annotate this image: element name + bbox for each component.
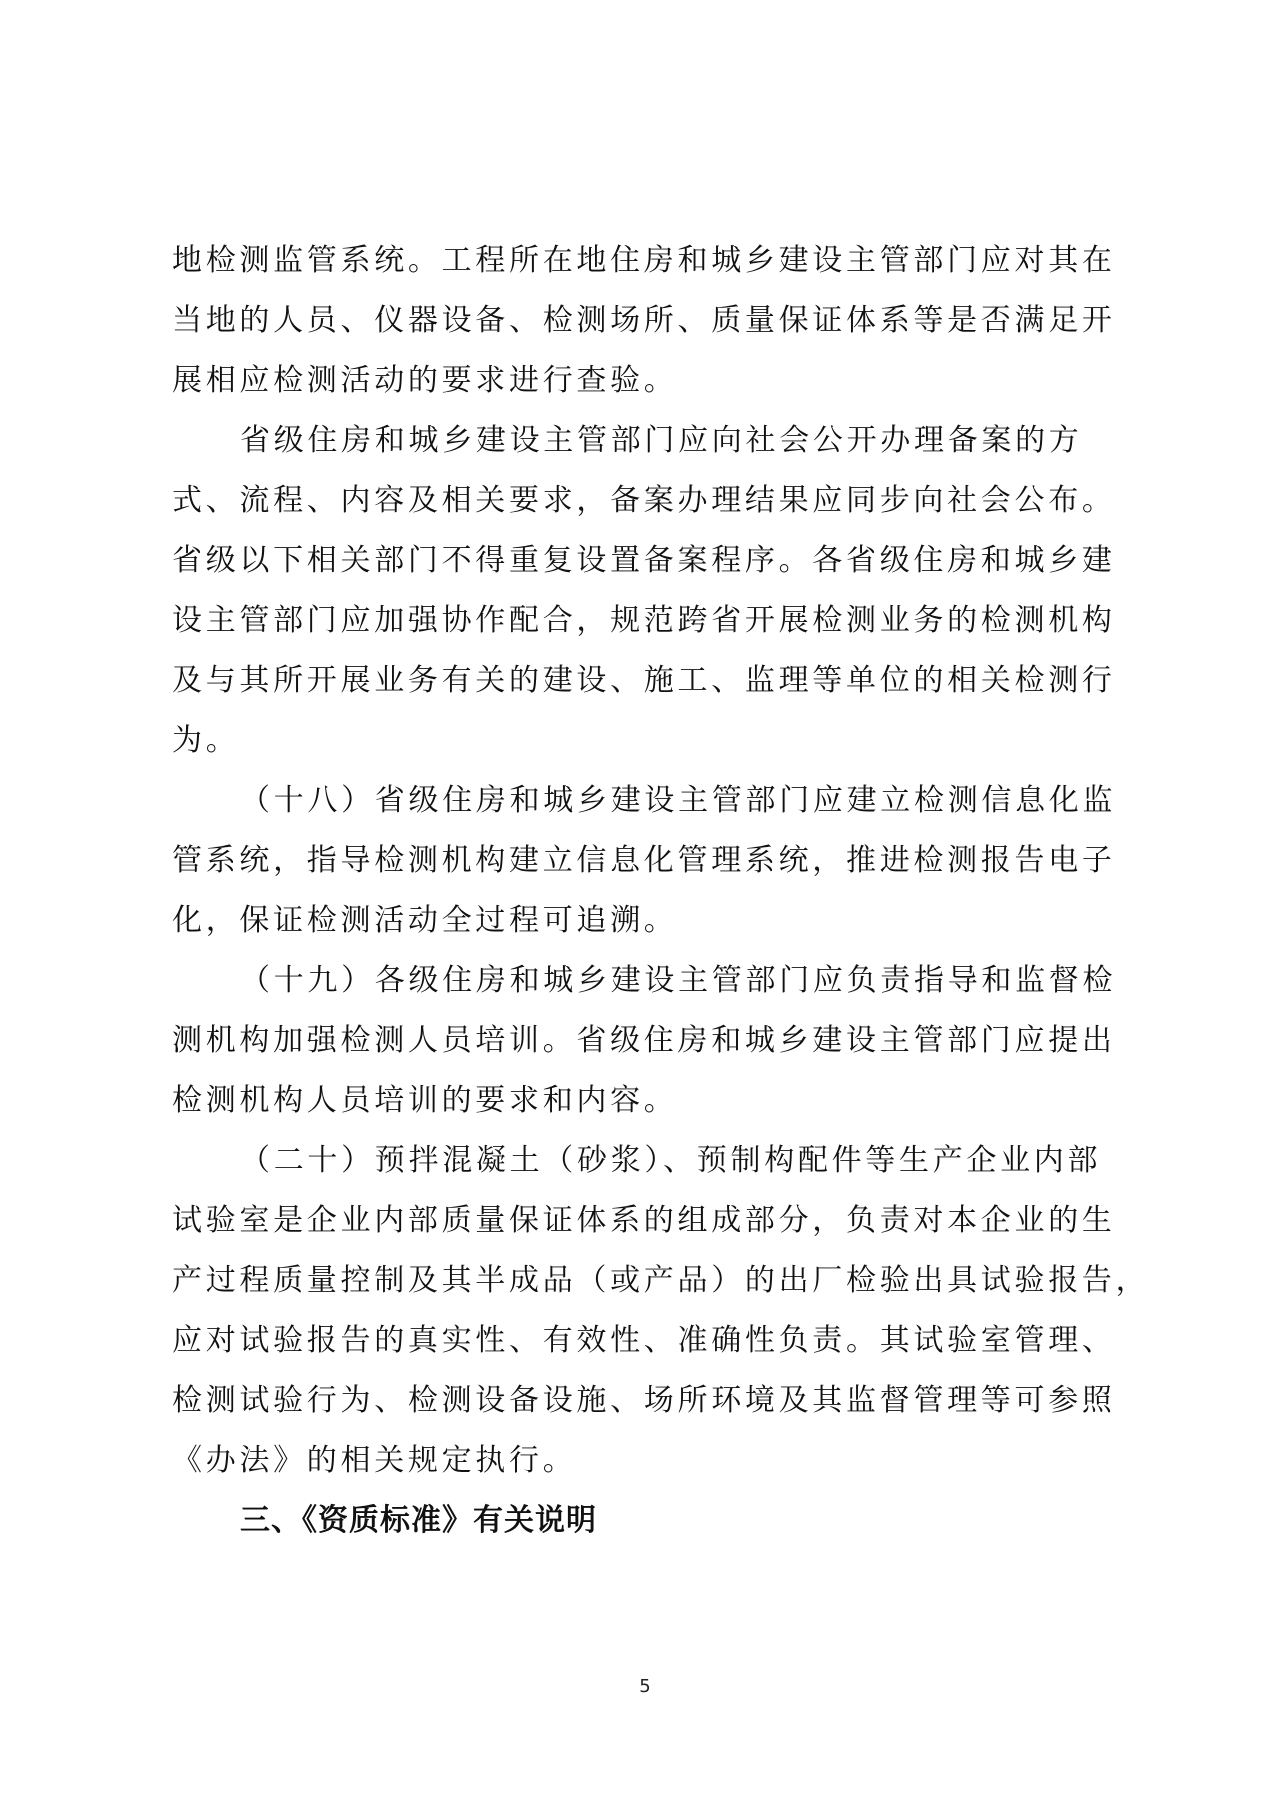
text-line: 试验室是企业内部质量保证体系的组成部分，负责对本企业的生	[172, 1191, 1120, 1251]
paragraph-start-line: 省级住房和城乡建设主管部门应向社会公开办理备案的方	[172, 411, 1120, 471]
document-body: 地检测监管系统。工程所在地住房和城乡建设主管部门应对其在 当地的人员、仪器设备、…	[172, 231, 1120, 1551]
text-line: 为。	[172, 711, 1120, 771]
text-line: 式、流程、内容及相关要求，备案办理结果应同步向社会公布。	[172, 471, 1120, 531]
text-line: 地检测监管系统。工程所在地住房和城乡建设主管部门应对其在	[172, 231, 1120, 291]
text-line: 省级以下相关部门不得重复设置备案程序。各省级住房和城乡建	[172, 531, 1120, 591]
text-line: 管系统，指导检测机构建立信息化管理系统，推进检测报告电子	[172, 831, 1120, 891]
text-line: 当地的人员、仪器设备、检测场所、质量保证体系等是否满足开	[172, 291, 1120, 351]
text-line: 设主管部门应加强协作配合，规范跨省开展检测业务的检测机构	[172, 591, 1120, 651]
clause-19-line: （十九）各级住房和城乡建设主管部门应负责指导和监督检	[172, 951, 1120, 1011]
text-line: 及与其所开展业务有关的建设、施工、监理等单位的相关检测行	[172, 651, 1120, 711]
page-number: 5	[630, 1676, 660, 1697]
text-line: 展相应检测活动的要求进行查验。	[172, 351, 1120, 411]
clause-20-line: （二十）预拌混凝土（砂浆）、预制构配件等生产企业内部	[172, 1131, 1120, 1191]
document-page: 地检测监管系统。工程所在地住房和城乡建设主管部门应对其在 当地的人员、仪器设备、…	[0, 0, 1280, 1810]
text-line: 检测机构人员培训的要求和内容。	[172, 1071, 1120, 1131]
section-heading: 三、《资质标准》有关说明	[172, 1491, 1120, 1551]
text-line: 测机构加强检测人员培训。省级住房和城乡建设主管部门应提出	[172, 1011, 1120, 1071]
text-line: 化，保证检测活动全过程可追溯。	[172, 891, 1120, 951]
text-line: 产过程质量控制及其半成品（或产品）的出厂检验出具试验报告，	[172, 1251, 1120, 1311]
clause-18-line: （十八）省级住房和城乡建设主管部门应建立检测信息化监	[172, 771, 1120, 831]
text-line: 《办法》的相关规定执行。	[172, 1431, 1120, 1491]
text-line: 检测试验行为、检测设备设施、场所环境及其监督管理等可参照	[172, 1371, 1120, 1431]
text-line: 应对试验报告的真实性、有效性、准确性负责。其试验室管理、	[172, 1311, 1120, 1371]
